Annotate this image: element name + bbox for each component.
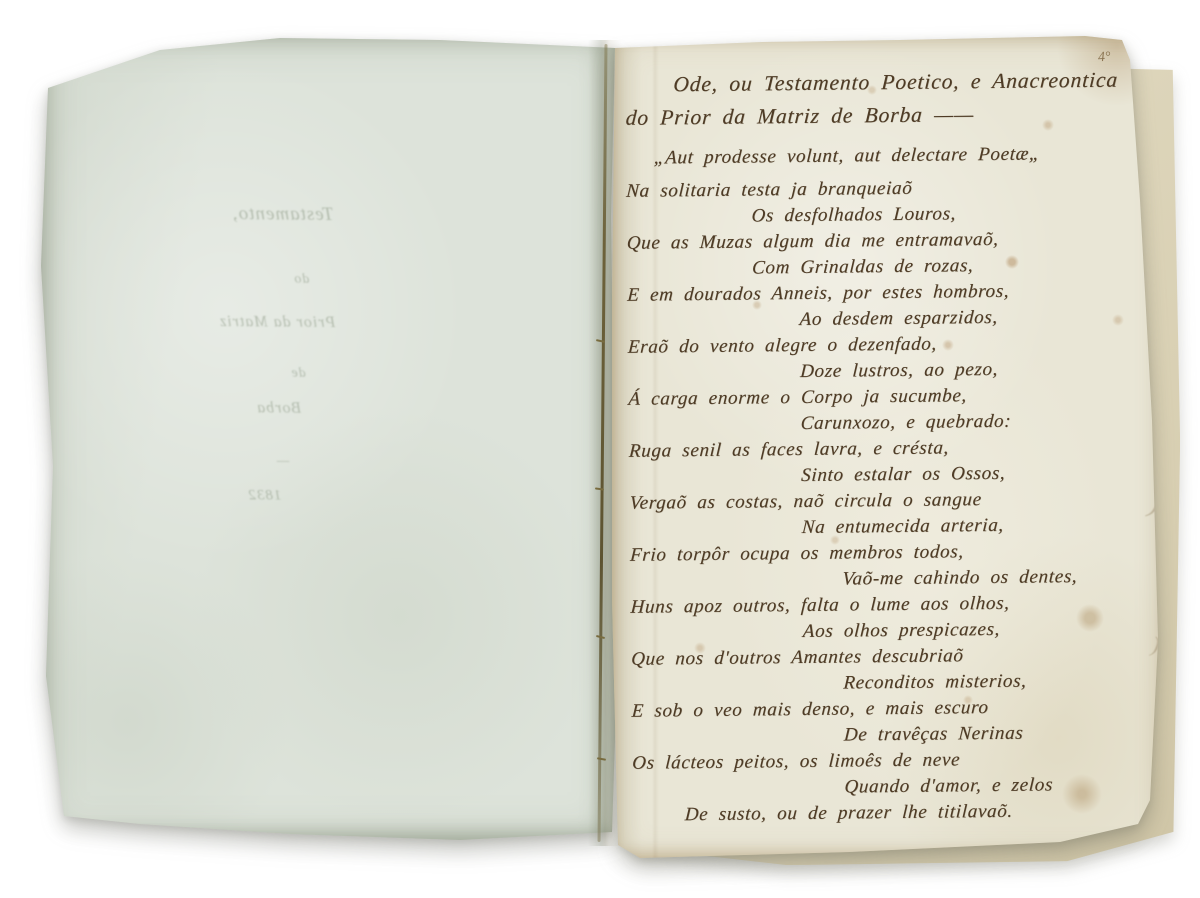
manuscript-line: Ao desdem esparzidos, <box>799 303 1164 333</box>
manuscript-line: „Aut prodesse volunt, aut delectare Poet… <box>653 140 1162 171</box>
show-through-line: 1832 <box>247 487 281 504</box>
manuscript-line: Ruga senil as faces lavra, e crésta, <box>628 433 1165 465</box>
manuscript-line: Sinto estalar os Ossos, <box>800 459 1165 489</box>
manuscript-line: Doze lustros, ao pezo, <box>799 355 1164 385</box>
show-through-stroke: ) <box>1146 485 1164 520</box>
left-page: Testamento,doPrior da MatrizdeBorba—1832 <box>40 36 618 842</box>
show-through-text: Testamento,doPrior da MatrizdeBorba—1832 <box>36 33 621 844</box>
manuscript-line: Que nos d'outros Amantes descubriaõ <box>630 641 1167 673</box>
manuscript-line: Ode, ou Testamento Poetico, e Anacreonti… <box>672 63 1161 101</box>
manuscript-line: Os desfolhados Louros, <box>751 199 1163 229</box>
show-through-line: — <box>276 454 290 470</box>
manuscript-line: Frio torpôr ocupa os membros todos, <box>629 537 1166 569</box>
manuscript-line: Que as Muzas algum dia me entramavaõ, <box>626 225 1163 257</box>
binding-gutter <box>588 40 622 846</box>
manuscript-line: Huns apoz outros, falta o lume aos olhos… <box>630 589 1167 621</box>
show-through-line: Testamento, <box>232 203 334 226</box>
manuscript-text: Ode, ou Testamento Poetico, e Anacreonti… <box>624 63 1167 829</box>
manuscript-line: Carunxozo, e quebrado: <box>800 407 1165 437</box>
page-number: 4° <box>1097 50 1111 67</box>
manuscript-line: Á carga enorme o Corpo ja sucumbe, <box>628 381 1165 413</box>
manuscript-line: Eraõ do vento alegre o dezenfado, <box>627 329 1164 361</box>
manuscript-line: Reconditos misterios, <box>843 667 1168 696</box>
show-through-stroke: ) <box>1150 632 1162 659</box>
manuscript-line: Vaõ-me cahindo os dentes, <box>842 563 1167 592</box>
show-through-line: de <box>290 366 305 382</box>
show-through-line: do <box>293 272 309 288</box>
manuscript-line: Aos olhos prespicazes, <box>802 615 1167 645</box>
manuscript-line: Vergaõ as costas, naõ circula o sangue <box>629 485 1166 517</box>
manuscript-photo: Testamento,doPrior da MatrizdeBorba—1832… <box>0 0 1200 898</box>
manuscript-line: De travêças Nerinas <box>843 719 1168 748</box>
left-page-vignette <box>40 36 618 842</box>
manuscript-line: Com Grinaldas de rozas, <box>751 251 1163 281</box>
manuscript-line: E em dourados Anneis, por estes hombros, <box>627 277 1164 309</box>
manuscript-line: do Prior da Matriz de Borba —— <box>625 96 1162 135</box>
manuscript-line: Os lácteos peitos, os limoês de neve <box>631 745 1168 777</box>
manuscript-line: Na entumecida arteria, <box>801 511 1166 541</box>
show-through-line: Prior da Matriz <box>219 313 335 332</box>
show-through-line: Borba <box>256 399 301 417</box>
foxing-and-toning <box>612 34 1170 862</box>
manuscript-line: E sob o veo mais denso, e mais escuro <box>631 693 1168 725</box>
manuscript-line: Na solitaria testa ja branqueiaõ <box>625 173 1162 205</box>
under-page-edge <box>637 58 1183 868</box>
manuscript-line: De susto, ou de prazer lhe titilavaõ. <box>684 797 1169 828</box>
right-page: 4° Ode, ou Testamento Poetico, e Anacreo… <box>612 34 1170 862</box>
manuscript-line: Quando d'amor, e zelos <box>844 771 1169 800</box>
